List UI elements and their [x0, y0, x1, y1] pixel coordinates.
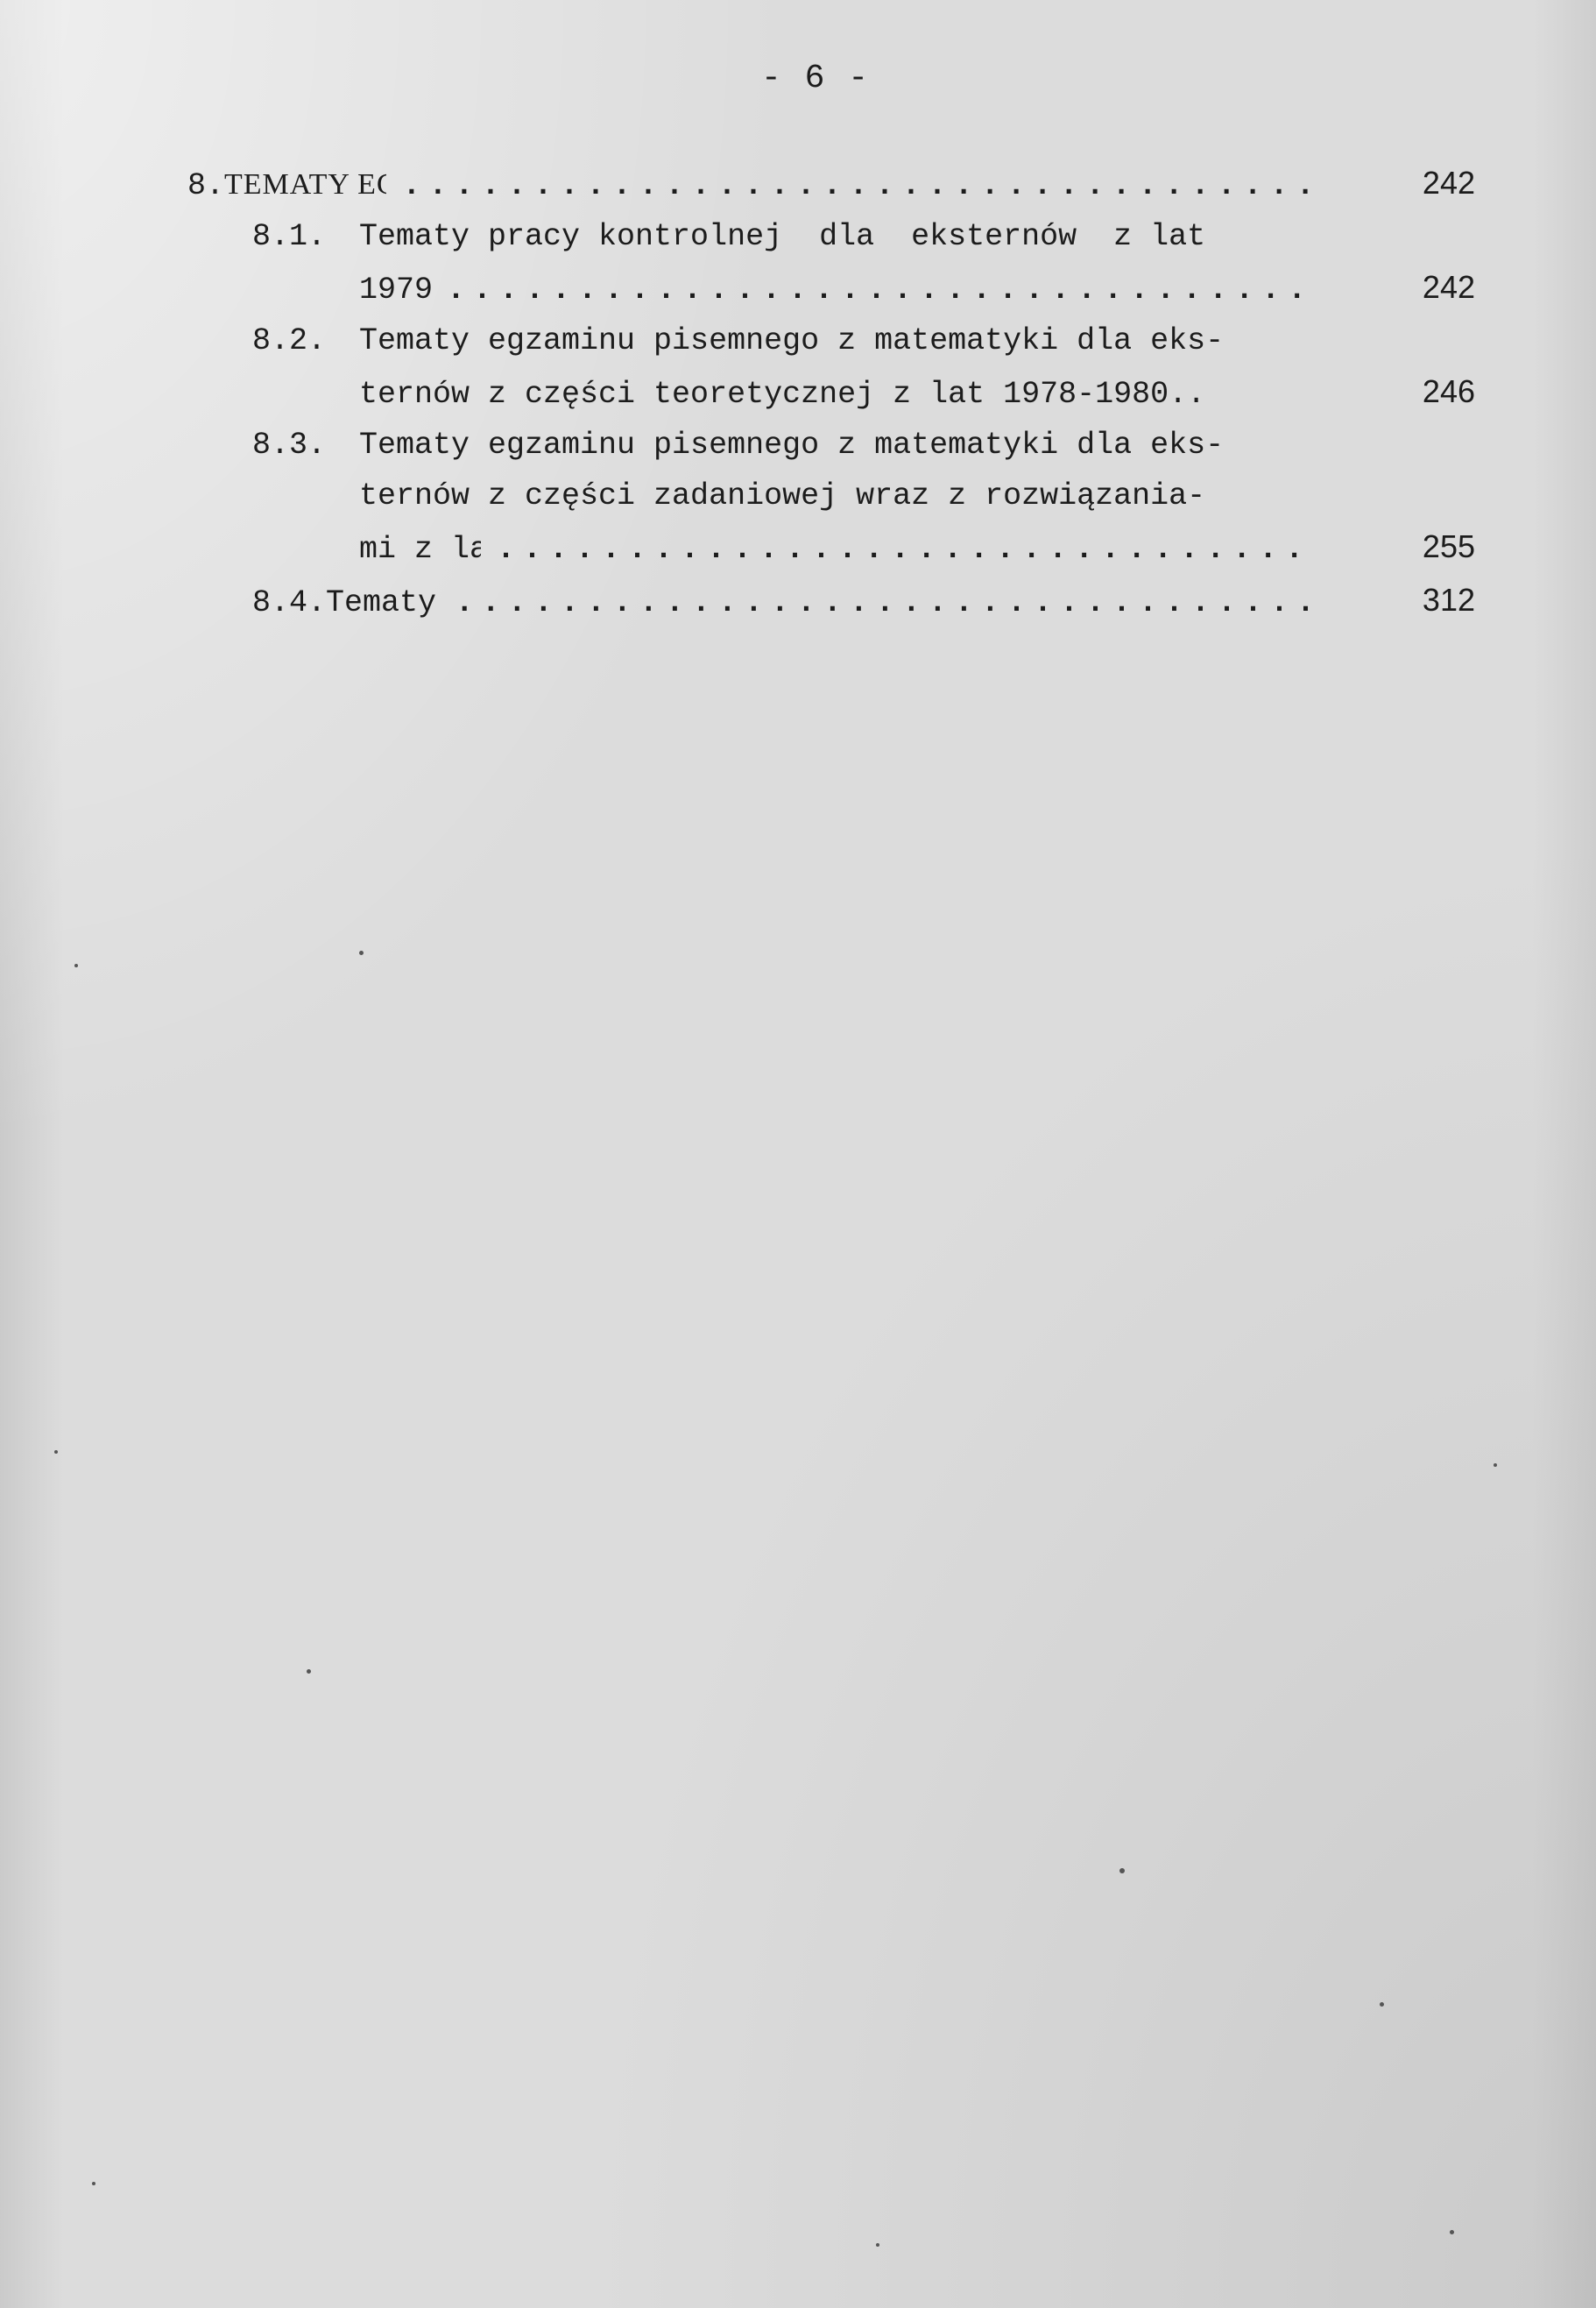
page-number: - 6 -	[0, 60, 1596, 97]
toc-section-continuation: 1979, 1980 242	[187, 262, 1475, 315]
dot-leader	[455, 577, 1313, 628]
table-of-contents: 8. TEMATY EGZAMINACYJNE 242 8.1. Tematy …	[187, 158, 1475, 628]
dot-leader	[402, 160, 1313, 211]
chapter-number: 8.	[187, 160, 224, 211]
document-page: - 6 - 8. TEMATY EGZAMINACYJNE 242 8.1. T…	[0, 0, 1596, 2308]
toc-section-entry: 8.2. Tematy egzaminu pisemnego z matemat…	[187, 315, 1475, 366]
section-title-line: Tematy egzaminu pisemnego z matematyki d…	[359, 420, 1224, 471]
toc-section-entry: 8.3. Tematy egzaminu pisemnego z matemat…	[187, 420, 1475, 471]
toc-section-continuation: ternów z części teoretycznej z lat 1978-…	[187, 366, 1475, 420]
paper-speck	[1450, 2230, 1454, 2234]
toc-chapter-entry: 8. TEMATY EGZAMINACYJNE 242	[187, 158, 1475, 211]
paper-speck	[74, 964, 78, 967]
paper-speck	[92, 2182, 95, 2185]
section-page: 246	[1392, 366, 1475, 417]
section-number: 8.3.	[252, 420, 359, 471]
paper-speck	[359, 951, 364, 955]
dot-leader	[497, 524, 1313, 575]
section-page: 255	[1392, 521, 1475, 572]
section-title-line: ternów z części teoretycznej z lat 1978-…	[359, 369, 1205, 420]
section-page: 312	[1392, 575, 1475, 626]
section-title-line: Tematy kontrolne	[326, 577, 440, 628]
section-number: 8.4.	[252, 577, 326, 628]
paper-speck	[54, 1450, 58, 1454]
dot-leader	[447, 265, 1313, 315]
section-title-line: 1979, 1980	[359, 265, 431, 315]
paper-speck	[1119, 1868, 1125, 1873]
toc-section-continuation: mi z lat ubiegłych 255	[187, 521, 1475, 575]
toc-section-continuation: ternów z części zadaniowej wraz z rozwią…	[187, 471, 1475, 521]
chapter-page: 242	[1392, 158, 1475, 209]
paper-speck	[1380, 2002, 1384, 2007]
paper-speck	[1494, 1463, 1497, 1467]
section-title-line: Tematy egzaminu pisemnego z matematyki d…	[359, 315, 1224, 366]
section-number: 8.2.	[252, 315, 359, 366]
toc-section-entry: 8.1. Tematy pracy kontrolnej dla ekstern…	[187, 211, 1475, 262]
section-number: 8.1.	[252, 211, 359, 262]
chapter-title: TEMATY EGZAMINACYJNE	[224, 159, 386, 210]
section-title-line: Tematy pracy kontrolnej dla eksternów z …	[359, 211, 1205, 262]
paper-speck	[876, 2243, 879, 2247]
toc-section-entry: 8.4. Tematy kontrolne 312	[187, 575, 1475, 628]
section-page: 242	[1392, 262, 1475, 313]
section-title-line: mi z lat ubiegłych	[359, 524, 481, 575]
paper-speck	[307, 1669, 311, 1674]
section-title-line: ternów z części zadaniowej wraz z rozwią…	[359, 471, 1205, 521]
